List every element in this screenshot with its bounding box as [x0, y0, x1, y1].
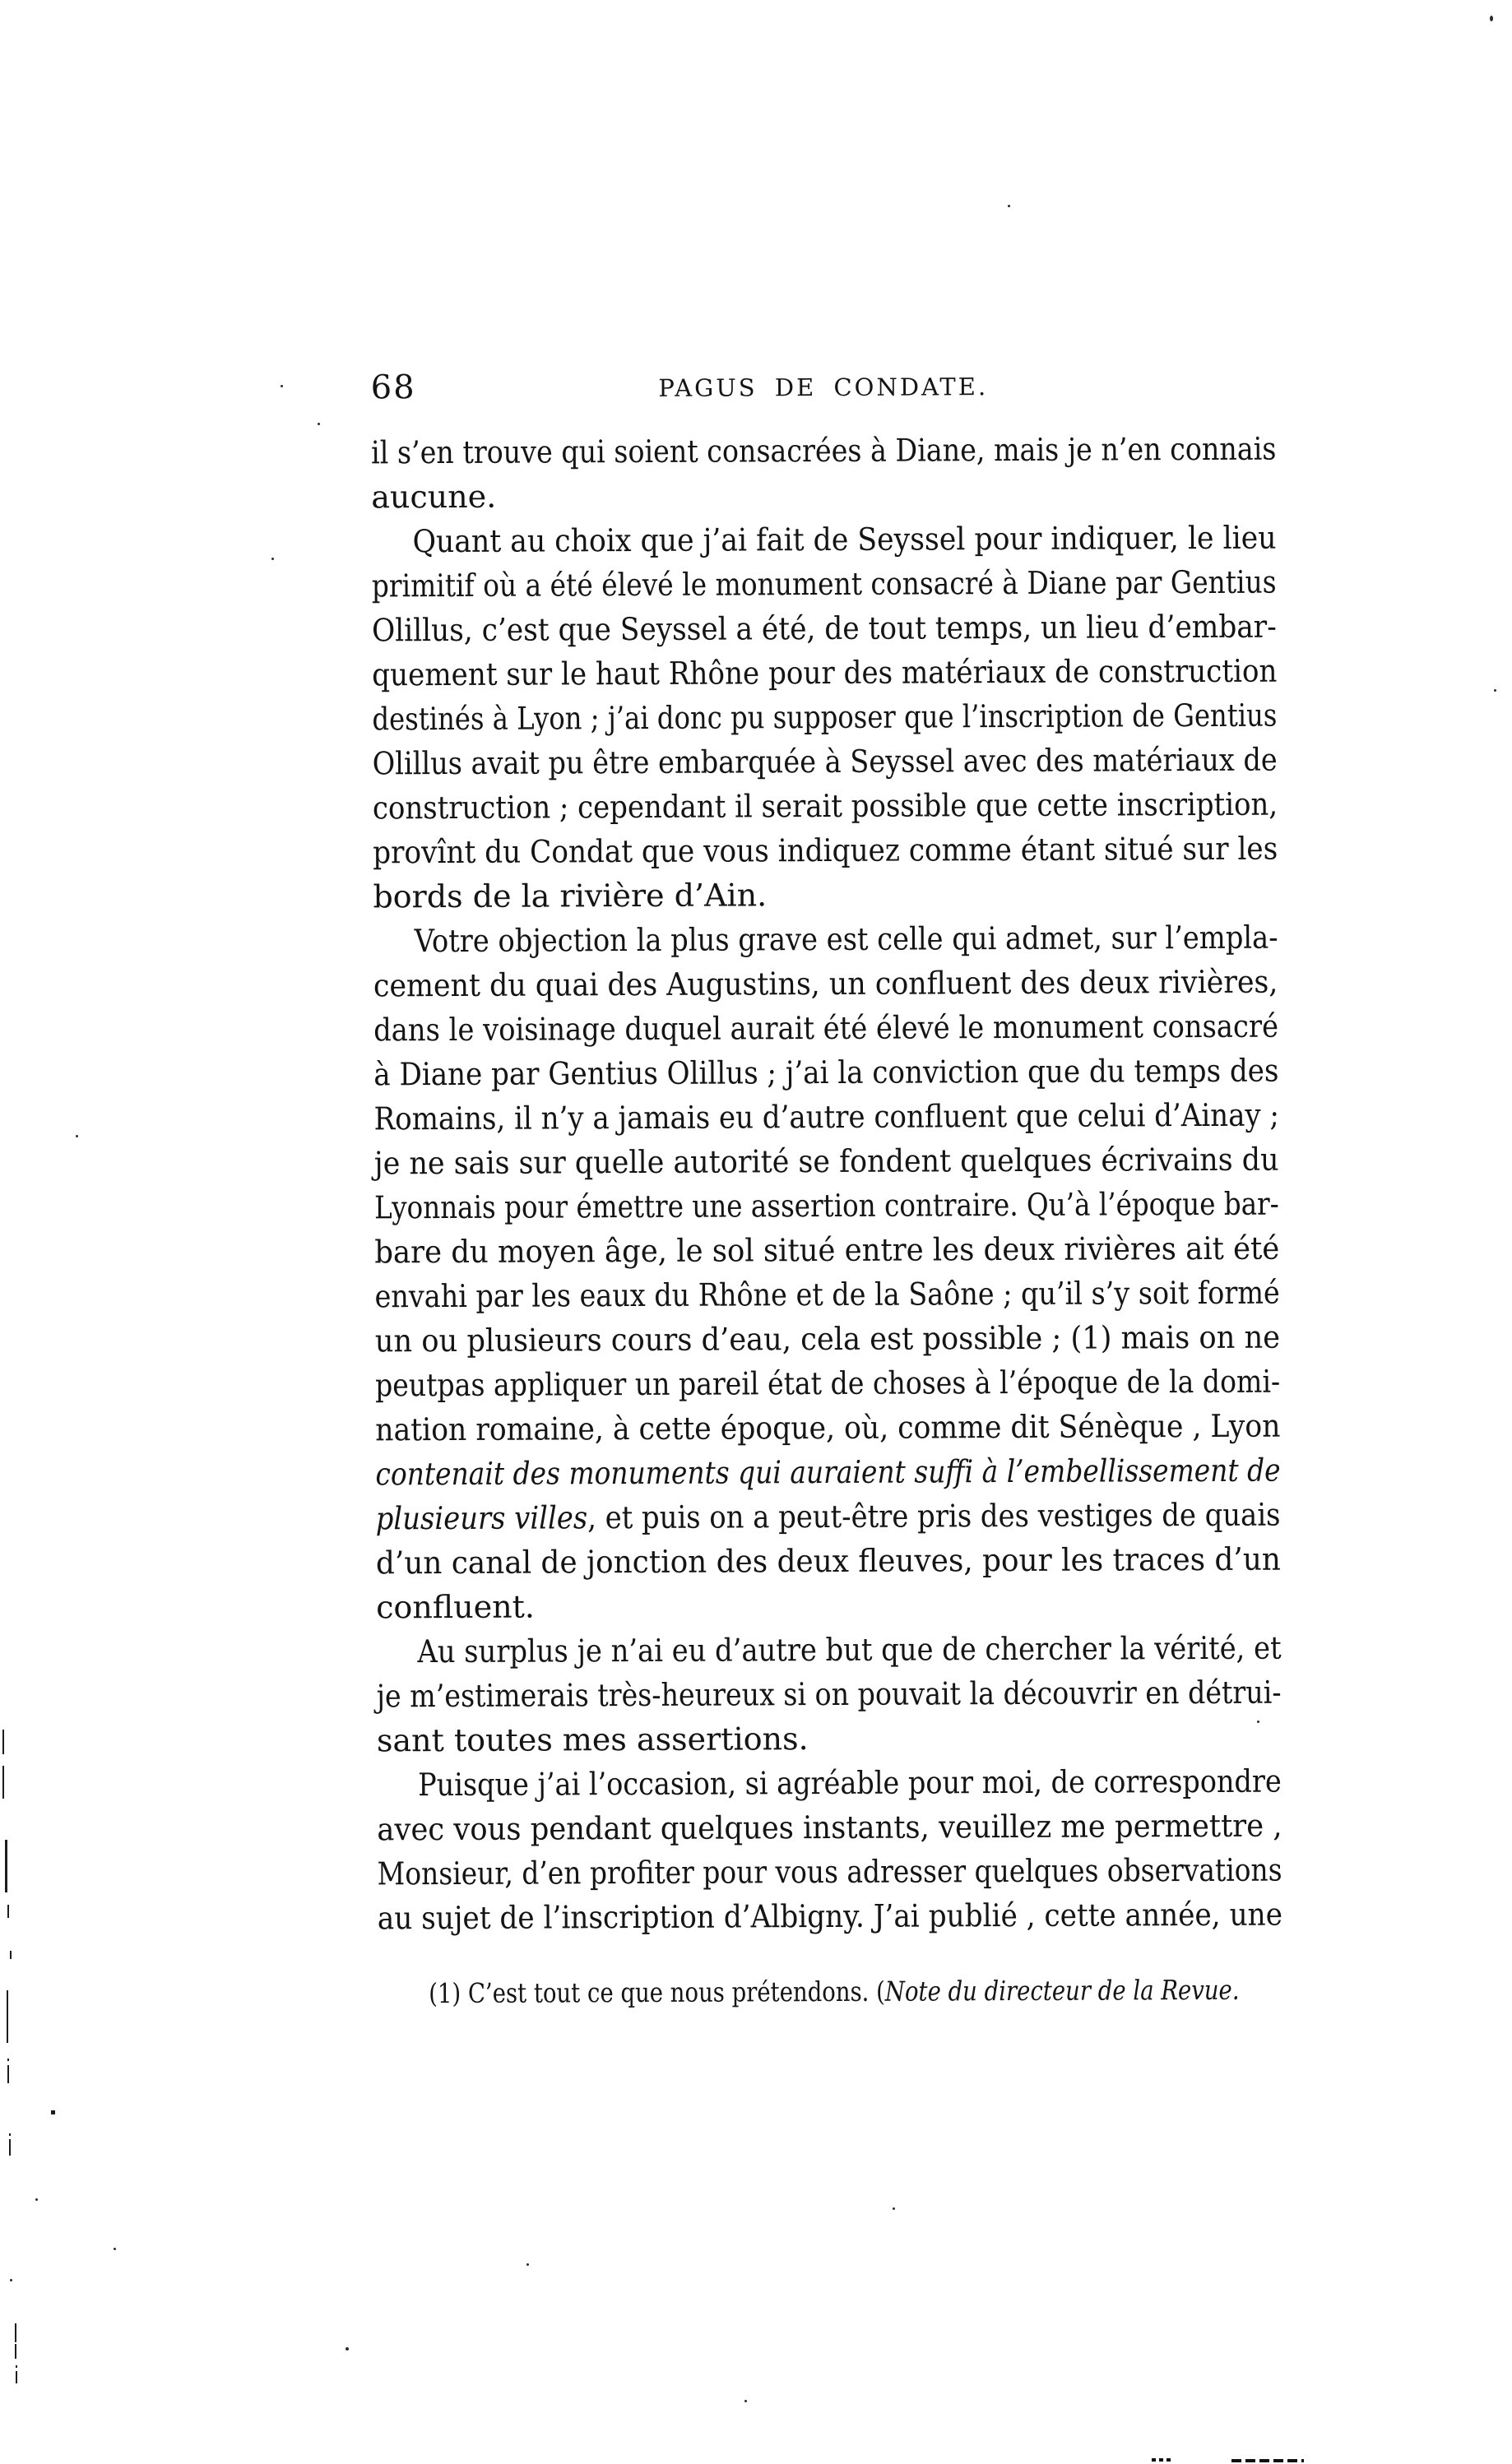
footnote: (1) C’est tout ce que nous prétendons. (… [429, 1972, 1282, 2012]
text-line: sant toutes mes assertions. [377, 1715, 1282, 1763]
text-block: il s’en trouve qui soient consacrées à D… [371, 427, 1282, 1941]
running-header: PAGUS DE CONDATE. [371, 372, 1276, 404]
scan-speck [281, 385, 283, 387]
scan-artifact-dot [9, 2133, 11, 2136]
scan-artifact-stroke [16, 2371, 17, 2383]
text-line: Puisque j’ai l’occasion, si agréable pou… [377, 1759, 1282, 1808]
text-line: Olillus avait pu être embarquée à Seysse… [373, 738, 1278, 786]
footnote-marker: (1) C’est tout ce que nous prétendons. ( [429, 1975, 885, 2009]
scan-speck [76, 1135, 78, 1137]
text-line: contenait des monuments qui auraient suf… [375, 1448, 1280, 1497]
page-header: 68 PAGUS DE CONDATE. [371, 364, 1276, 410]
scan-artifact-stroke [7, 1905, 9, 1918]
text-line: plusieurs villes, et puis on a peut-être… [376, 1493, 1281, 1541]
text-line: Romains, il n’y a jamais eu d’autre conf… [373, 1093, 1278, 1142]
text-line: provînt du Condat que vous indiquez comm… [373, 827, 1278, 875]
footnote-citation: Note du directeur de la Revue. [885, 1974, 1240, 2008]
text-line: au sujet de l’inscription d’Albigny. J’a… [378, 1892, 1282, 1941]
scan-speck [1257, 1721, 1259, 1723]
text-line: destinés à Lyon ; j’ai donc pu supposer … [372, 693, 1277, 742]
scan-artifact-stroke [7, 2065, 9, 2083]
scan-artifact-dot [51, 2110, 55, 2114]
text-line: aucune. [371, 471, 1276, 520]
text-line: d’un canal de jonction des deux fleuves,… [376, 1537, 1281, 1586]
text-line: cement du quai des Augustins, un conflue… [373, 960, 1278, 1008]
text-line: Votre objection la plus grave est celle … [373, 915, 1278, 964]
text-line: dans le voisinage duquel aurait été élev… [373, 1004, 1278, 1053]
text-line: quement sur le haut Rhône pour des matér… [372, 649, 1277, 697]
scan-speck [526, 2263, 529, 2266]
text-line: je m’estimerais très-heureux si on pouva… [377, 1670, 1282, 1719]
text-line: Lyonnais pour émettre une assertion cont… [374, 1182, 1279, 1230]
text-line: envahi par les eaux du Rhône et de la Sa… [374, 1271, 1279, 1319]
scan-artifact-stroke [2, 1766, 4, 1799]
scan-speck [1490, 16, 1493, 21]
text-line: je ne sais sur quelle autorité se fonden… [374, 1137, 1279, 1186]
scan-content-layer: 68 PAGUS DE CONDATE. il s’en trouve qui … [0, 0, 1512, 2464]
scanned-book-page: 68 PAGUS DE CONDATE. il s’en trouve qui … [0, 0, 1512, 2464]
text-line: peutpas appliquer un pareil état de chos… [375, 1359, 1280, 1408]
text-line: Au surplus je n’ai eu d’autre but que de… [376, 1626, 1281, 1674]
scan-edge-dashes [1152, 2458, 1171, 2462]
scan-artifact-dot [16, 2365, 17, 2368]
text-line: un ou plusieurs cours d’eau, cela est po… [375, 1315, 1280, 1364]
text-line: Olillus, c’est que Seyssel a été, de tou… [372, 604, 1277, 653]
scan-artifact-stroke [7, 1990, 8, 2043]
scan-artifact-stroke [9, 2139, 11, 2156]
scan-artifact-dot [7, 2059, 9, 2061]
scan-speck [318, 423, 320, 425]
text-line: Quant au choix que j’ai fait de Seyssel … [371, 516, 1276, 564]
text-line: Monsieur, d’en profiter pour vous adress… [377, 1848, 1282, 1897]
footnote-text: (1) C’est tout ce que nous prétendons. (… [429, 1972, 1239, 2012]
scan-edge-dashes [1231, 2459, 1304, 2462]
scan-artifact-stroke [5, 1840, 7, 1892]
text-line: avec vous pendant quelques instants, veu… [377, 1804, 1282, 1852]
scan-speck [10, 2279, 12, 2281]
text-line: construction ; cependant il serait possi… [373, 782, 1278, 831]
scan-speck [35, 2198, 38, 2201]
text-line: bare du moyen âge, le sol situé entre le… [374, 1226, 1279, 1275]
text-line: nation romaine, à cette époque, où, comm… [375, 1404, 1280, 1452]
scan-speck [1494, 689, 1496, 692]
scan-artifact-stroke [10, 1951, 12, 1959]
scan-speck [271, 558, 274, 560]
scan-speck [893, 2207, 895, 2210]
scan-speck [744, 2400, 747, 2402]
text-line: à Diane par Gentius Olillus ; j’ai la co… [373, 1049, 1278, 1097]
scan-speck [1008, 205, 1010, 207]
scan-speck [346, 2347, 349, 2351]
text-line: confluent. [376, 1582, 1281, 1630]
text-line: primitif où a été élevé le monument cons… [372, 560, 1277, 609]
text-line: il s’en trouve qui soient consacrées à D… [371, 427, 1276, 475]
scan-artifact-stroke [15, 2323, 16, 2342]
scan-artifact-stroke [15, 2344, 16, 2359]
text-line: bords de la rivière d’Ain. [373, 871, 1278, 919]
scan-artifact-stroke [2, 1730, 4, 1754]
scan-speck [114, 2248, 116, 2250]
